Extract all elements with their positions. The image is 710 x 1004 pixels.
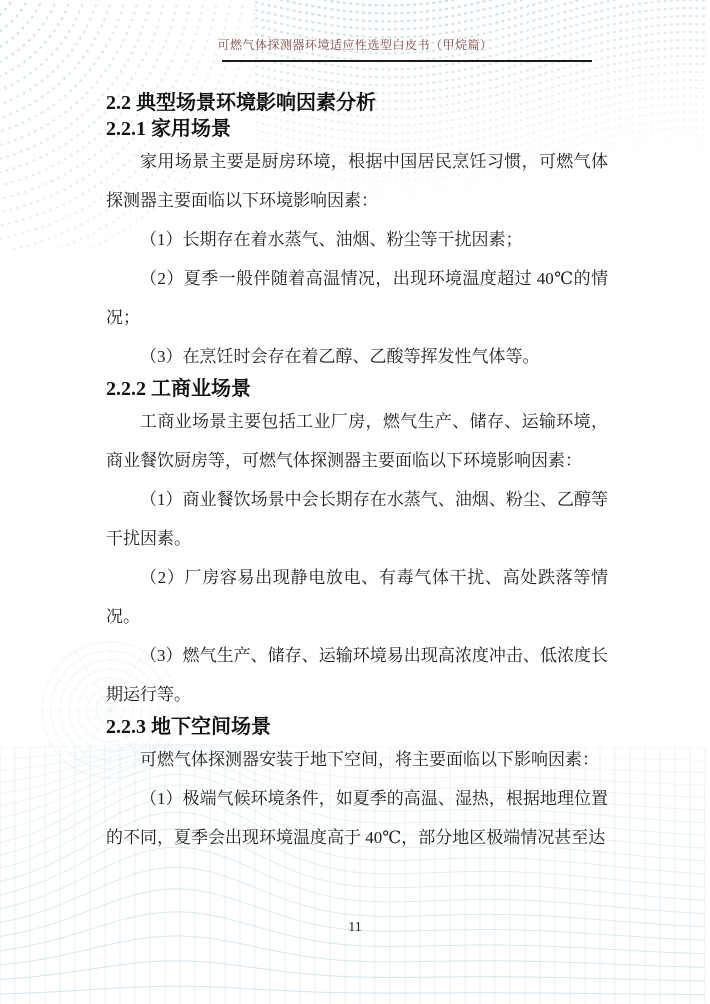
paragraph: 工商业场景主要包括工业厂房，燃气生产、储存、运输环境，商业餐饮厨房等，可燃气体探… <box>106 402 608 480</box>
list-item-3: （3）燃气生产、储存、运输环境易出现高浓度冲击、低浓度长期运行等。 <box>106 636 608 714</box>
header-rule <box>222 60 592 62</box>
header-title: 可燃气体探测器环境适应性选型白皮书（甲烷篇） <box>0 36 710 53</box>
page-number: 11 <box>0 920 710 936</box>
subsection-heading-2-2-3: 2.2.3 地下空间场景 <box>106 714 608 740</box>
list-item-1: （1）极端气候环境条件，如夏季的高温、湿热，根据地理位置的不同，夏季会出现环境温… <box>106 779 608 857</box>
section-heading-2-2: 2.2 典型场景环境影响因素分析 <box>106 90 608 116</box>
list-item-3: （3）在烹饪时会存在着乙醇、乙酸等挥发性气体等。 <box>106 337 608 376</box>
list-item-2: （2）厂房容易出现静电放电、有毒气体干扰、高处跌落等情况。 <box>106 558 608 636</box>
list-item-2: （2）夏季一般伴随着高温情况，出现环境温度超过 40℃的情况； <box>106 259 608 337</box>
document-page: 可燃气体探测器环境适应性选型白皮书（甲烷篇） 2.2 典型场景环境影响因素分析 … <box>0 0 710 1004</box>
paragraph: 家用场景主要是厨房环境，根据中国居民烹饪习惯，可燃气体探测器主要面临以下环境影响… <box>106 142 608 220</box>
list-item-1: （1）商业餐饮场景中会长期存在水蒸气、油烟、粉尘、乙醇等干扰因素。 <box>106 480 608 558</box>
paragraph: 可燃气体探测器安装于地下空间，将主要面临以下影响因素： <box>106 740 608 779</box>
document-content: 2.2 典型场景环境影响因素分析 2.2.1 家用场景 家用场景主要是厨房环境，… <box>106 90 608 857</box>
subsection-heading-2-2-1: 2.2.1 家用场景 <box>106 116 608 142</box>
subsection-heading-2-2-2: 2.2.2 工商业场景 <box>106 376 608 402</box>
list-item-1: （1）长期存在着水蒸气、油烟、粉尘等干扰因素； <box>106 220 608 259</box>
